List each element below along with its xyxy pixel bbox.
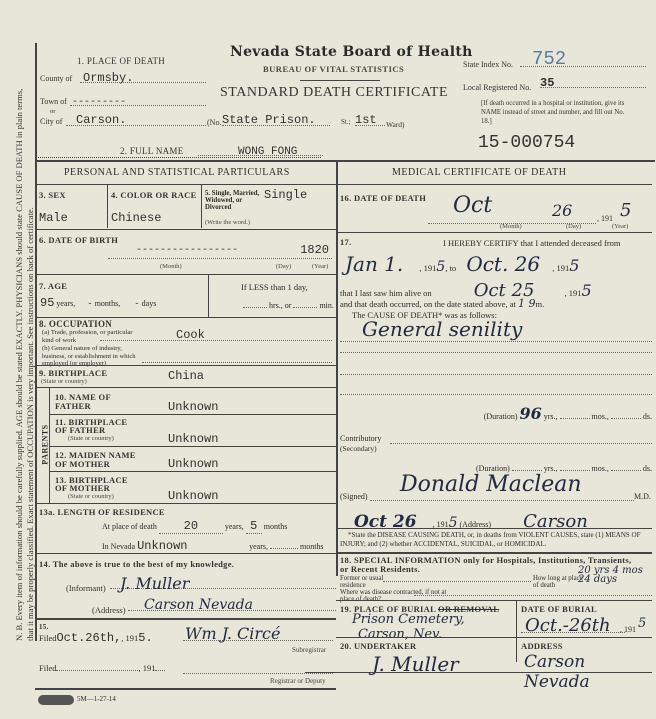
cause-line-3[interactable] — [340, 374, 652, 375]
age-label: 7. AGE — [39, 281, 67, 291]
registrar-label: Registrar or Deputy — [270, 677, 326, 685]
occurred-suffix: m. — [535, 299, 544, 309]
at-place-years-field[interactable]: 20 — [159, 519, 223, 534]
town-label: Town of — [40, 97, 67, 106]
dod-day-caption: (Day) — [566, 223, 581, 230]
board-title: Nevada State Board of Health — [230, 44, 473, 60]
rule — [35, 618, 336, 620]
occurred-label: and that death occurred, on the date sta… — [340, 299, 516, 309]
mother-name-label: 12. MAIDEN NAME OF MOTHER — [55, 451, 145, 469]
bureau-title: BUREAU OF VITAL STATISTICS — [263, 64, 404, 74]
signed-field[interactable]: Donald Maclean — [370, 492, 634, 501]
secondary-label: (Secondary) — [340, 444, 377, 453]
undertaker-address-label: ADDRESS — [521, 641, 563, 651]
rule — [35, 229, 336, 230]
at-place-months: 5 — [250, 519, 257, 533]
hrs-min-row: hrs., or min. — [243, 301, 334, 310]
county-label: County of — [40, 74, 72, 83]
age-months[interactable]: - — [87, 299, 92, 309]
town-field[interactable]: --------- — [70, 91, 206, 106]
cause-line-2[interactable] — [340, 352, 652, 353]
burial-year-prefix: , 191 — [620, 625, 636, 634]
duration2-ds-field[interactable] — [611, 470, 641, 471]
rule — [336, 600, 652, 601]
rule — [201, 184, 202, 228]
former-residence-label: Former or usual residence — [340, 575, 400, 589]
dob-year: 1820 — [300, 243, 329, 257]
marital-sub: (Write the word.) — [205, 219, 250, 226]
dob-dash: ----------------- — [136, 245, 238, 256]
race-label: 4. COLOR OR RACE — [111, 190, 197, 200]
rule — [208, 274, 209, 317]
occurred-row: and that death occurred, on the date sta… — [340, 297, 544, 310]
cause-value: General senility — [362, 317, 522, 341]
filed-number: 15. — [39, 623, 49, 631]
occupation-a-field[interactable]: Cook — [100, 330, 332, 341]
undertaker-label: 20. UNDERTAKER — [340, 641, 416, 651]
min-field[interactable] — [293, 307, 317, 308]
city-field[interactable]: Carson. — [66, 110, 206, 126]
dod-year[interactable]: 5 — [620, 200, 631, 221]
rule — [35, 274, 336, 275]
signed-date[interactable]: Oct 26 — [354, 512, 417, 532]
yrs-label: yrs., — [544, 412, 558, 421]
certify-text: I HEREBY CERTIFY that I attended decease… — [443, 238, 621, 248]
ward-field[interactable]: 1st — [355, 110, 385, 126]
frame-left-border — [35, 43, 37, 641]
father-birthplace-sub: (State or country) — [68, 435, 114, 442]
certify-number: 17. — [340, 237, 352, 247]
informant-address-value: Carson Nevada — [144, 597, 253, 613]
dob-label: 6. DATE OF BIRTH — [39, 235, 118, 245]
informant-address-field[interactable]: Carson Nevada — [128, 596, 336, 611]
filed2-year-field[interactable] — [155, 670, 165, 671]
full-name-label: 2. FULL NAME — [120, 146, 184, 156]
informant-field[interactable]: J. Muller — [110, 574, 336, 589]
rule — [336, 232, 652, 233]
burial-date-field[interactable]: Oct.-26th — [521, 619, 625, 633]
county-field[interactable]: Ormsby. — [80, 68, 206, 83]
rule — [305, 672, 652, 673]
filed-year-prefix: , 191 — [121, 633, 138, 643]
dod-month-caption: (Month) — [500, 223, 522, 230]
residence-nevada-row: In Nevada Unknown years, months — [102, 539, 324, 554]
rule — [35, 365, 336, 366]
rule — [49, 414, 336, 415]
nevada-years-field[interactable]: Unknown — [137, 539, 247, 554]
printer-mark: 5M—1-27-14 — [77, 695, 116, 703]
attended-from-date[interactable]: Jan 1. — [345, 252, 403, 276]
marital-value[interactable]: Single — [264, 188, 307, 202]
less-than-day-label: If LESS than 1 day, — [241, 282, 308, 292]
occurred-time[interactable]: 1 9 — [518, 297, 536, 310]
street-no-label: (No. — [207, 118, 221, 127]
how-long-label: How long at place of death — [533, 575, 583, 589]
dod-year-caption: (Year) — [612, 223, 628, 230]
years-label: years, — [249, 542, 268, 551]
occupation-b-field[interactable] — [142, 356, 332, 363]
filed-date[interactable]: Oct.26th, — [56, 631, 121, 645]
rule — [336, 637, 652, 638]
attended-to-date[interactable]: Oct. 26 — [466, 252, 540, 276]
rule — [35, 317, 336, 318]
union-label-icon — [38, 695, 74, 705]
registrar-line[interactable] — [183, 673, 333, 674]
at-place-years: 20 — [184, 519, 198, 533]
town-value: --------- — [72, 97, 126, 108]
years-label: years, — [56, 299, 75, 308]
true-statement-label: 14. The above is true to the best of my … — [39, 559, 234, 569]
residence-place-row: At place of death 20 years, 5 months — [102, 519, 287, 534]
attended-to-year[interactable]: 5 — [569, 256, 579, 275]
side-instructions: N. B. Every item of information should b… — [14, 81, 36, 641]
father-birthplace-label: 11. BIRTHPLACE OF FATHER — [55, 418, 135, 434]
ds-label: ds. — [643, 412, 652, 421]
address-label: (Address) — [92, 605, 126, 615]
duration-mos-field[interactable] — [560, 418, 590, 419]
mother-name-value[interactable]: Unknown — [168, 457, 218, 471]
death-certificate: N. B. Every item of information should b… — [0, 0, 656, 719]
age-years[interactable]: 95 — [40, 296, 54, 310]
hospital-note: [If death occurred in a hospital or inst… — [481, 99, 631, 126]
hrs-label: hrs., or — [269, 301, 291, 310]
residence-label: 13a. LENGTH OF RESIDENCE — [39, 507, 165, 517]
contributory-field[interactable] — [390, 434, 652, 444]
months-label: months, — [95, 299, 121, 308]
attended-row: Jan 1. , 1915, to Oct. 26 , 1915 — [340, 252, 652, 276]
hrs-field[interactable] — [243, 307, 267, 308]
ds-label: ds. — [643, 464, 652, 473]
local-reg-value: 35 — [540, 76, 554, 90]
filed-label: Filed — [39, 633, 56, 643]
father-name-value[interactable]: Unknown — [168, 400, 218, 414]
duration2-mos-field[interactable] — [560, 470, 590, 471]
filed2-year-prefix: , 191 — [138, 663, 155, 673]
last-saw-year[interactable]: 5 — [582, 281, 592, 300]
sex-label: 3. SEX — [39, 190, 66, 200]
place-of-death-label: 1. PLACE OF DEATH — [77, 56, 165, 66]
ward-value: 1st — [355, 113, 377, 127]
local-reg-label: Local Registered No. — [463, 83, 531, 92]
filed2-date-field[interactable] — [56, 670, 138, 671]
how-long-value[interactable]: 20 yrs 4 mos 24 days — [578, 566, 654, 584]
rule — [336, 552, 652, 554]
state-index-label: State Index No. — [463, 60, 513, 69]
burial-date: Oct.-26th — [525, 615, 611, 636]
burial-date-label: DATE OF BURIAL — [521, 604, 597, 614]
rule — [516, 600, 517, 662]
sex-value[interactable]: Male — [39, 211, 68, 225]
nevada-value: Unknown — [137, 539, 187, 553]
st-label: St.; — [341, 118, 351, 126]
filed2-row: Filed, 191 — [39, 663, 165, 673]
cause-field[interactable]: General senility — [340, 331, 652, 342]
subregistrar-label: Subregistrar — [292, 646, 326, 654]
mother-birthplace-value[interactable]: Unknown — [168, 489, 218, 503]
state-index-value: 752 — [532, 48, 566, 70]
attended-from-year[interactable]: 5 — [436, 259, 445, 275]
duration-label: (Duration) — [484, 412, 518, 421]
rule — [107, 184, 108, 228]
disease-contracted-field[interactable] — [414, 595, 652, 596]
name-rule — [35, 157, 321, 158]
column-divider — [336, 160, 338, 576]
rule — [336, 184, 652, 185]
age-row: 95 years, - months, - days — [40, 296, 156, 310]
rule — [35, 553, 336, 554]
birthplace-value[interactable]: China — [168, 369, 204, 383]
certificate-number: 15-000754 — [478, 133, 575, 153]
duration-row: (Duration) 96 yrs., mos., ds. — [340, 404, 652, 423]
ward-label: Ward) — [386, 120, 405, 129]
father-birthplace-value[interactable]: Unknown — [168, 432, 218, 446]
age-days[interactable]: - — [134, 299, 139, 309]
dob-field[interactable]: ----------------- 1820 — [108, 245, 332, 259]
medical-section-title: MEDICAL CERTIFICATE OF DEATH — [392, 167, 566, 178]
cause-line-4[interactable] — [340, 394, 652, 395]
form-title: STANDARD DEATH CERTIFICATE — [220, 85, 448, 101]
city-value: Carson. — [76, 113, 126, 127]
personal-section-title: PERSONAL AND STATISTICAL PARTICULARS — [64, 167, 290, 178]
section-rule — [35, 160, 655, 162]
at-place-months-field[interactable]: 5 — [246, 519, 262, 534]
date-of-death-label: 16. DATE OF DEATH — [340, 193, 426, 203]
dod-day: 26 — [552, 201, 572, 220]
dod-month: Oct — [453, 193, 492, 218]
former-residence-field[interactable] — [383, 581, 531, 582]
cause-footnote: *State the DISEASE CAUSING DEATH, or, in… — [340, 531, 652, 549]
burial-place-line2[interactable]: Carson, Nev. — [358, 627, 442, 642]
rule — [35, 184, 336, 185]
dob-day-caption: (Day) — [276, 263, 291, 270]
dob-month-caption: (Month) — [160, 263, 182, 270]
signed-label: (Signed) — [340, 492, 368, 501]
dod-year-prefix: , 191 — [597, 214, 613, 223]
rule — [35, 503, 336, 504]
years-label: years, — [225, 522, 244, 531]
dob-year-caption: (Year) — [312, 263, 328, 270]
duration-ds-field[interactable] — [611, 418, 641, 419]
rule — [35, 688, 336, 690]
local-reg-field[interactable]: 35 — [540, 73, 646, 88]
md-label: M.D. — [634, 492, 651, 501]
rule — [49, 471, 336, 472]
burial-place-line1[interactable]: Prison Cemetery, — [352, 612, 465, 627]
duration-years[interactable]: 96 — [519, 404, 541, 423]
occupation-label: 8. OCCUPATION — [39, 319, 112, 329]
mother-birthplace-sub: (State or country) — [68, 493, 114, 500]
state-index-field[interactable]: 752 — [520, 48, 646, 67]
birthplace-label: 9. BIRTHPLACE — [39, 368, 107, 378]
nevada-label: In Nevada — [102, 542, 135, 551]
duration2-yrs-field[interactable] — [512, 470, 542, 471]
parents-label: PARENTS — [41, 424, 50, 464]
marital-label: 5. Single, Married, Widowed, or Divorced — [205, 190, 265, 211]
filed-year[interactable]: 5. — [138, 631, 152, 645]
birthplace-sub: (State or country) — [41, 378, 87, 385]
nevada-months-field[interactable] — [270, 548, 298, 549]
occupation-value: Cook — [176, 328, 205, 342]
race-value[interactable]: Chinese — [111, 211, 161, 225]
rule — [35, 387, 336, 388]
filed-row: FiledOct.26th,, 1915. — [39, 631, 153, 645]
burial-year[interactable]: 5 — [638, 616, 646, 631]
header-rule — [300, 80, 380, 81]
filed2-label: Filed — [39, 663, 56, 673]
months-label: months — [300, 542, 324, 551]
months-label: months — [264, 522, 288, 531]
rule — [49, 446, 336, 447]
father-name-label: 10. NAME OF FATHER — [55, 393, 135, 411]
subregistrar-line[interactable] — [183, 640, 333, 641]
street-value: State Prison. — [222, 113, 316, 127]
informant-label: (Informant) — [66, 583, 106, 593]
mos-label: mos., — [592, 464, 609, 473]
full-name-field[interactable]: WONG FONG — [198, 141, 323, 156]
mother-birthplace-label: 13. BIRTHPLACE OF MOTHER — [55, 476, 135, 492]
days-label: days — [142, 299, 157, 308]
to-label: , to — [445, 263, 456, 273]
or-label: or — [50, 108, 55, 115]
mos-label: mos., — [592, 412, 609, 421]
street-field[interactable]: State Prison. — [222, 110, 330, 126]
county-value: Ormsby. — [83, 71, 133, 85]
city-label: City of — [40, 117, 62, 126]
contributory-label: Contributory — [340, 434, 381, 443]
at-place-label: At place of death — [102, 522, 157, 531]
informant-signature: J. Muller — [120, 574, 189, 593]
min-label: min. — [319, 301, 333, 310]
physician-signature: Donald Maclean — [400, 472, 582, 497]
rule — [336, 528, 652, 529]
